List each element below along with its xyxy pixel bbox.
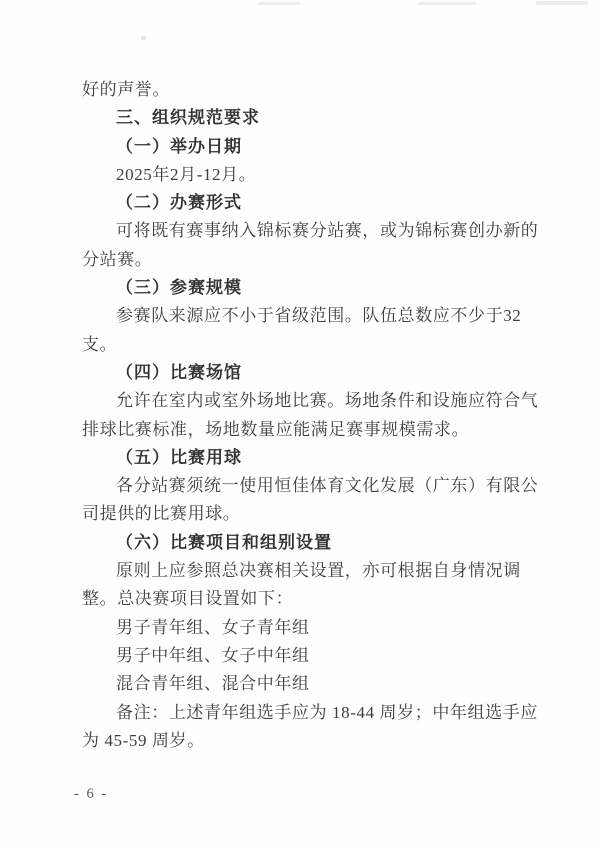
document-page: 好的声誉。三、组织规范要求（一）举办日期2025年2月-12月。（二）办赛形式可…	[0, 0, 600, 848]
body-text-line: 男子中年组、女子中年组	[82, 642, 522, 670]
body-text-line: 分站赛。	[82, 246, 522, 274]
body-text-line: 2025年2月-12月。	[82, 161, 522, 189]
body-text-line: 支。	[82, 331, 522, 359]
body-text-line: 好的声誉。	[82, 76, 522, 104]
body-text-line: 允许在室内或室外场地比赛。场地条件和设施应符合气	[82, 387, 522, 415]
subsection-heading: （二）办赛形式	[82, 189, 522, 217]
body-text-line: 可将既有赛事纳入锦标赛分站赛，或为锦标赛创办新的	[82, 217, 522, 245]
body-text-line: 参赛队来源应不小于省级范围。队伍总数应不少于32	[82, 302, 522, 330]
body-text-line: 各分站赛须统一使用恒佳体育文化发展（广东）有限公	[82, 472, 522, 500]
scan-artifact	[536, 1, 588, 5]
body-text-line: 备注：上述青年组选手应为 18-44 周岁；中年组选手应	[82, 699, 522, 727]
subsection-heading: （六）比赛项目和组别设置	[82, 529, 522, 557]
document-content: 好的声誉。三、组织规范要求（一）举办日期2025年2月-12月。（二）办赛形式可…	[82, 76, 522, 755]
body-text-line: 为 45-59 周岁。	[82, 727, 522, 755]
scan-artifact	[258, 2, 300, 5]
subsection-heading: （一）举办日期	[82, 133, 522, 161]
scan-artifact	[141, 36, 146, 40]
body-text-line: 混合青年组、混合中年组	[82, 670, 522, 698]
body-text-line: 司提供的比赛用球。	[82, 500, 522, 528]
scan-artifact	[418, 2, 476, 5]
section-heading: 三、组织规范要求	[82, 104, 522, 132]
body-text-line: 整。总决赛项目设置如下：	[82, 585, 522, 613]
subsection-heading: （四）比赛场馆	[82, 359, 522, 387]
body-text-line: 男子青年组、女子青年组	[82, 614, 522, 642]
subsection-heading: （五）比赛用球	[82, 444, 522, 472]
subsection-heading: （三）参赛规模	[82, 274, 522, 302]
body-text-line: 排球比赛标准，场地数量应能满足赛事规模需求。	[82, 416, 522, 444]
body-text-line: 原则上应参照总决赛相关设置，亦可根据自身情况调	[82, 557, 522, 585]
page-number: - 6 -	[74, 786, 108, 803]
